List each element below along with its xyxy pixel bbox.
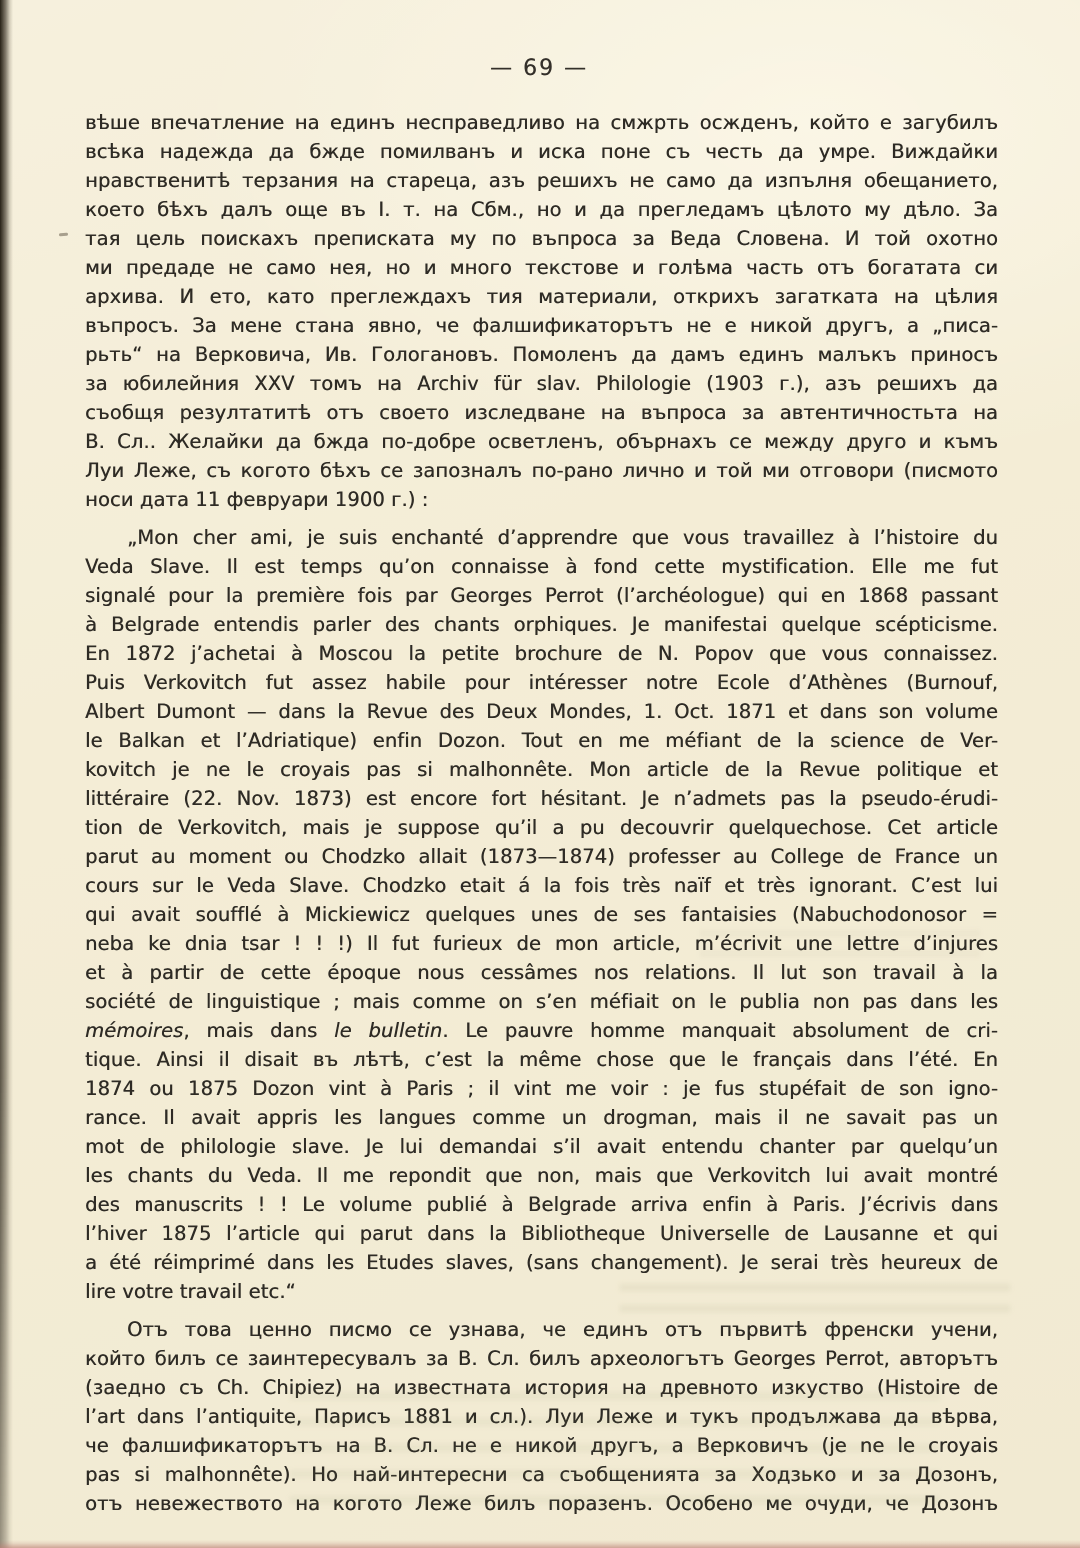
- text-segment: въпросъ. За мене стана явно, че фалшифик…: [85, 314, 998, 337]
- text-line: lire votre travail etc.“: [85, 1277, 998, 1306]
- text-line: нравственитѣ терзания на стареца, азъ ре…: [85, 166, 998, 195]
- text-line: Луи Леже, съ когото бѣхъ се запозналъ по…: [85, 456, 998, 485]
- text-segment: signalé pour la première fois par George…: [85, 584, 998, 607]
- text-segment: qui avait soufflé à Mickiewicz quelques …: [85, 903, 998, 926]
- text-line: 1874 ou 1875 Dozon vint à Paris ; il vin…: [85, 1074, 998, 1103]
- text-segment: En 1872 j’achetai à Moscou la petite bro…: [85, 642, 998, 665]
- text-segment: (заедно съ Ch. Chipiez) на известната ис…: [85, 1376, 998, 1399]
- text-line: съобщя резултатитѣ отъ своето изследване…: [85, 398, 998, 427]
- text-segment: което бѣхъ далъ още въ I. т. на Сбм., но…: [85, 198, 998, 221]
- text-segment: Albert Dumont — dans la Revue des Deux M…: [85, 700, 998, 723]
- text-line: за юбилейния XXV томъ на Archiv für slav…: [85, 369, 998, 398]
- text-line: En 1872 j’achetai à Moscou la petite bro…: [85, 639, 998, 668]
- text-line: Отъ това ценно писмо се узнава, че единъ…: [85, 1315, 998, 1344]
- text-segment: l’art dans l’antiquite, Парисъ 1881 и сл…: [85, 1405, 998, 1428]
- text-line: qui avait soufflé à Mickiewicz quelques …: [85, 900, 998, 929]
- text-line: всѣка надежда да бжде помилванъ и иска п…: [85, 137, 998, 166]
- text-segment: tique. Ainsi il disait въ лѣтѣ, c’est la…: [85, 1048, 998, 1071]
- text-segment: l’hiver 1875 l’article qui parut dans la…: [85, 1222, 998, 1245]
- text-line: носи дата 11 февруари 1900 г.) :: [85, 485, 998, 514]
- scanned-book-page: — 69 — вѣше впечатление на единъ несправ…: [0, 0, 1080, 1548]
- text-segment: Отъ това ценно писмо се узнава, че единъ…: [127, 1318, 998, 1341]
- text-segment: et à partir de cette époque nous cessâme…: [85, 961, 998, 984]
- paragraph: „Mon cher ami, je suis enchanté d’appren…: [85, 523, 998, 1306]
- text-line: rance. Il avait appris les langues comme…: [85, 1103, 998, 1132]
- text-segment: littéraire (22. Nov. 1873) est encore fo…: [85, 787, 998, 810]
- text-line: въпросъ. За мене стана явно, че фалшифик…: [85, 311, 998, 340]
- text-segment: Puis Verkovitch fut assez habile pour in…: [85, 671, 998, 694]
- text-segment: че фалшификаторътъ на В. Сл. не е никой …: [85, 1434, 998, 1457]
- text-line: тая цель поискахъ преписката му по въпро…: [85, 224, 998, 253]
- text-line: tique. Ainsi il disait въ лѣтѣ, c’est la…: [85, 1045, 998, 1074]
- text-line: pas si malhonnête). Но най-интересни са …: [85, 1460, 998, 1489]
- text-segment: kovitch je ne le croyais pas si malhonnê…: [85, 758, 998, 781]
- text-line: parut au moment ou Chodzko allait (1873—…: [85, 842, 998, 871]
- text-line: Veda Slave. Il est temps qu’on connaisse…: [85, 552, 998, 581]
- text-segment: тая цель поискахъ преписката му по въпро…: [85, 227, 998, 250]
- text-segment: съобщя резултатитѣ отъ своето изследване…: [85, 401, 998, 424]
- text-line: le Balkan et l’Adriatique) enfin Dozon. …: [85, 726, 998, 755]
- text-segment: des manuscrits ! ! Le volume publié à Be…: [85, 1193, 998, 1216]
- text-segment: tion de Verkovitch, mais je suppose qu’i…: [85, 816, 998, 839]
- text-line: l’hiver 1875 l’article qui parut dans la…: [85, 1219, 998, 1248]
- text-segment: société de linguistique ; mais comme on …: [85, 990, 998, 1013]
- text-line: des manuscrits ! ! Le volume publié à Be…: [85, 1190, 998, 1219]
- text-segment: архива. И ето, като преглеждахъ тия мате…: [85, 285, 998, 308]
- text-segment: нравственитѣ терзания на стареца, азъ ре…: [85, 169, 998, 192]
- text-line: les chants du Veda. Il me repondit que n…: [85, 1161, 998, 1190]
- text-segment: В. Сл.. Желайки да бжда по-добре осветле…: [85, 430, 998, 453]
- text-line: който билъ се заинтересувалъ за В. Сл. б…: [85, 1344, 998, 1373]
- text-line: В. Сл.. Желайки да бжда по-добре осветле…: [85, 427, 998, 456]
- text-line: et à partir de cette époque nous cessâme…: [85, 958, 998, 987]
- text-line: отъ невежеството на когото Леже билъ пор…: [85, 1489, 998, 1518]
- text-segment: носи дата 11 февруари 1900 г.) :: [85, 488, 428, 511]
- scan-left-edge-shadow: [0, 0, 13, 1548]
- text-line: че фалшификаторътъ на В. Сл. не е никой …: [85, 1431, 998, 1460]
- text-line: à Belgrade entendis parler des chants or…: [85, 610, 998, 639]
- text-line: mémoires, mais dans le bulletin. Le pauv…: [85, 1016, 998, 1045]
- text-line: littéraire (22. Nov. 1873) est encore fo…: [85, 784, 998, 813]
- text-line: Albert Dumont — dans la Revue des Deux M…: [85, 697, 998, 726]
- paragraph: вѣше впечатление на единъ несправедливо …: [85, 108, 998, 514]
- text-segment: вѣше впечатление на единъ несправедливо …: [85, 111, 998, 134]
- text-line: ми предаде не само нея, но и много текст…: [85, 253, 998, 282]
- text-segment: à Belgrade entendis parler des chants or…: [85, 613, 998, 636]
- text-segment: le Balkan et l’Adriatique) enfin Dozon. …: [85, 729, 998, 752]
- text-segment: rance. Il avait appris les langues comme…: [85, 1106, 998, 1129]
- text-segment: pas si malhonnête). Но най-интересни са …: [85, 1463, 998, 1486]
- text-line: „Mon cher ami, je suis enchanté d’appren…: [85, 523, 998, 552]
- text-segment: neba ke dnia tsar ! ! !) Il fut furieux …: [85, 932, 998, 955]
- text-segment: „Mon cher ami, je suis enchanté d’appren…: [127, 526, 998, 549]
- text-segment: a été réimprimé dans les Etudes slaves, …: [85, 1251, 998, 1274]
- text-line: вѣше впечатление на единъ несправедливо …: [85, 108, 998, 137]
- text-line: neba ke dnia tsar ! ! !) Il fut furieux …: [85, 929, 998, 958]
- text-line: архива. И ето, като преглеждахъ тия мате…: [85, 282, 998, 311]
- text-segment: cours sur le Veda Slave. Chodzko etait á…: [85, 874, 998, 897]
- text-line: l’art dans l’antiquite, Парисъ 1881 и сл…: [85, 1402, 998, 1431]
- text-line: (заедно съ Ch. Chipiez) на известната ис…: [85, 1373, 998, 1402]
- text-line: tion de Verkovitch, mais je suppose qu’i…: [85, 813, 998, 842]
- paragraph: Отъ това ценно писмо се узнава, че единъ…: [85, 1315, 998, 1518]
- text-segment: всѣка надежда да бжде помилванъ и иска п…: [85, 140, 998, 163]
- text-line: mot de philologie slave. Je lui demandai…: [85, 1132, 998, 1161]
- text-segment: ми предаде не само нея, но и много текст…: [85, 256, 998, 279]
- page-body-text: вѣше впечатление на единъ несправедливо …: [85, 108, 998, 1518]
- text-segment: Луи Леже, съ когото бѣхъ се запозналъ по…: [85, 459, 998, 482]
- italic-text-segment: le bulletin: [334, 1019, 442, 1042]
- text-line: рьть“ на Верковича, Ив. Гологановъ. Помо…: [85, 340, 998, 369]
- text-segment: lire votre travail etc.“: [85, 1280, 296, 1303]
- text-line: kovitch je ne le croyais pas si malhonnê…: [85, 755, 998, 784]
- text-segment: рьть“ на Верковича, Ив. Гологановъ. Помо…: [85, 343, 998, 366]
- text-segment: parut au moment ou Chodzko allait (1873—…: [85, 845, 998, 868]
- page-number: — 69 —: [0, 56, 1078, 81]
- text-segment: mot de philologie slave. Je lui demandai…: [85, 1135, 998, 1158]
- text-line: cours sur le Veda Slave. Chodzko etait á…: [85, 871, 998, 900]
- text-segment: . Le pauvre homme manquait absolument de…: [442, 1019, 998, 1042]
- text-segment: , mais dans: [183, 1019, 334, 1042]
- margin-pencil-mark: [59, 233, 68, 237]
- text-segment: 1874 ou 1875 Dozon vint à Paris ; il vin…: [85, 1077, 998, 1100]
- text-line: което бѣхъ далъ още въ I. т. на Сбм., но…: [85, 195, 998, 224]
- text-segment: който билъ се заинтересувалъ за В. Сл. б…: [85, 1347, 998, 1370]
- text-line: a été réimprimé dans les Etudes slaves, …: [85, 1248, 998, 1277]
- text-line: société de linguistique ; mais comme on …: [85, 987, 998, 1016]
- text-segment: отъ невежеството на когото Леже билъ пор…: [85, 1492, 998, 1515]
- text-line: Puis Verkovitch fut assez habile pour in…: [85, 668, 998, 697]
- scan-bottom-edge-tint: [0, 1540, 1080, 1548]
- text-segment: за юбилейния XXV томъ на Archiv für slav…: [85, 372, 998, 395]
- text-segment: les chants du Veda. Il me repondit que n…: [85, 1164, 998, 1187]
- italic-text-segment: mémoires: [85, 1019, 183, 1042]
- text-segment: Veda Slave. Il est temps qu’on connaisse…: [85, 555, 998, 578]
- text-line: signalé pour la première fois par George…: [85, 581, 998, 610]
